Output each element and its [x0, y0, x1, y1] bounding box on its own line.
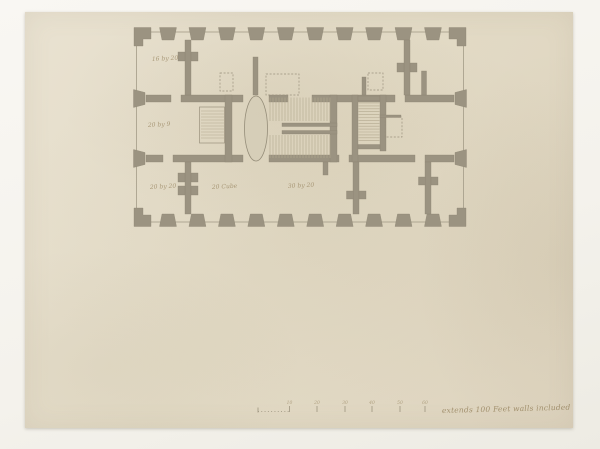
pier [336, 28, 353, 41]
secondary-staircase [352, 95, 401, 162]
opening-dashed [368, 73, 383, 90]
pier [189, 214, 206, 227]
stair-wall [330, 95, 337, 162]
pier [277, 28, 294, 41]
room-label: 16 by 20 [152, 55, 179, 63]
pier [218, 28, 235, 41]
wall [185, 162, 191, 214]
pier [424, 214, 441, 227]
pier [424, 28, 441, 41]
opening-dashed [266, 74, 299, 95]
scale-caption: extends 100 Feet walls included [442, 403, 571, 415]
spine-wall [146, 155, 163, 162]
stair-wall [358, 96, 380, 101]
opening-dashed [220, 73, 233, 91]
scale-tick-label: 10 [287, 400, 293, 406]
pier [366, 28, 383, 41]
chimney-flange [397, 63, 404, 72]
chimney-flange [431, 177, 438, 185]
chimney-flange [178, 52, 185, 61]
pier [134, 90, 146, 108]
chimney-flange [347, 191, 354, 199]
pier [134, 150, 146, 168]
room-label: 30 by 20 [288, 182, 315, 190]
chimney-flange [191, 186, 198, 195]
scale-bar: 10 20 30 40 50 60 extends 100 Feet walls… [258, 400, 571, 415]
scale-tick-label: 40 [368, 400, 375, 406]
chimney-flange [191, 52, 198, 61]
service-stair-enclosure [200, 107, 225, 143]
pier [189, 28, 206, 41]
pier [134, 208, 151, 227]
pier [449, 208, 466, 227]
pier [248, 28, 265, 41]
pier [277, 214, 294, 227]
pier [366, 214, 383, 227]
pier [248, 214, 265, 227]
spine-wall [425, 155, 454, 162]
landing-wall [282, 123, 337, 127]
chimney-flange [178, 186, 185, 195]
pier [395, 214, 412, 227]
pier [455, 90, 467, 108]
scale-tick-label: 50 [397, 400, 403, 406]
stair-wall [352, 95, 358, 162]
wall [323, 162, 328, 175]
spine-wall [181, 95, 243, 102]
wall [353, 162, 359, 214]
spine-wall [405, 95, 454, 102]
floor-plan: 16 by 20 20 by 9 20 by 20 20 Cube 30 by … [134, 28, 467, 227]
scale-tick-label: 60 [422, 400, 428, 406]
pier [134, 28, 151, 47]
spine-wall [349, 155, 415, 162]
chimney-flange [410, 63, 417, 72]
wall [422, 71, 427, 95]
opening-dashed [385, 117, 402, 137]
pier [336, 214, 353, 227]
room-label: 20 Cube [211, 183, 238, 191]
stair-risers [270, 98, 330, 159]
pier [218, 214, 235, 227]
pier [449, 28, 466, 47]
wall [253, 57, 258, 95]
pier [395, 28, 412, 41]
stair-wall [380, 95, 386, 151]
upper-partitions [178, 40, 427, 95]
pier [160, 214, 177, 227]
wall [185, 40, 191, 95]
chimney-flange [178, 173, 185, 182]
wall [404, 40, 410, 95]
stair-wall [225, 95, 232, 162]
bowed-wall [245, 96, 268, 161]
pier [455, 150, 467, 168]
stair-risers [359, 103, 380, 141]
floor-plan-drawing: 16 by 20 20 by 9 20 by 20 20 Cube 30 by … [25, 12, 573, 428]
wall [425, 162, 431, 214]
spine-wall [146, 95, 171, 102]
chimney-flange [419, 177, 426, 185]
spine-wall [173, 155, 243, 162]
landing-wall [282, 131, 337, 135]
pier [307, 214, 324, 227]
pier [160, 28, 177, 41]
wall [362, 77, 366, 95]
paper-sheet: 16 by 20 20 by 9 20 by 20 20 Cube 30 by … [25, 12, 573, 428]
room-label: 20 by 20 [149, 183, 177, 191]
main-staircase [200, 95, 338, 162]
chimney-flange [359, 191, 366, 199]
room-label: 20 by 9 [147, 121, 171, 129]
scale-tick-label: 20 [313, 400, 320, 406]
spine-wall [269, 155, 339, 162]
stair-wall [358, 145, 380, 150]
service-stair-risers [201, 111, 224, 138]
pier [307, 28, 324, 41]
scale-tick-label: 30 [342, 400, 348, 406]
chimney-flange [191, 173, 198, 182]
